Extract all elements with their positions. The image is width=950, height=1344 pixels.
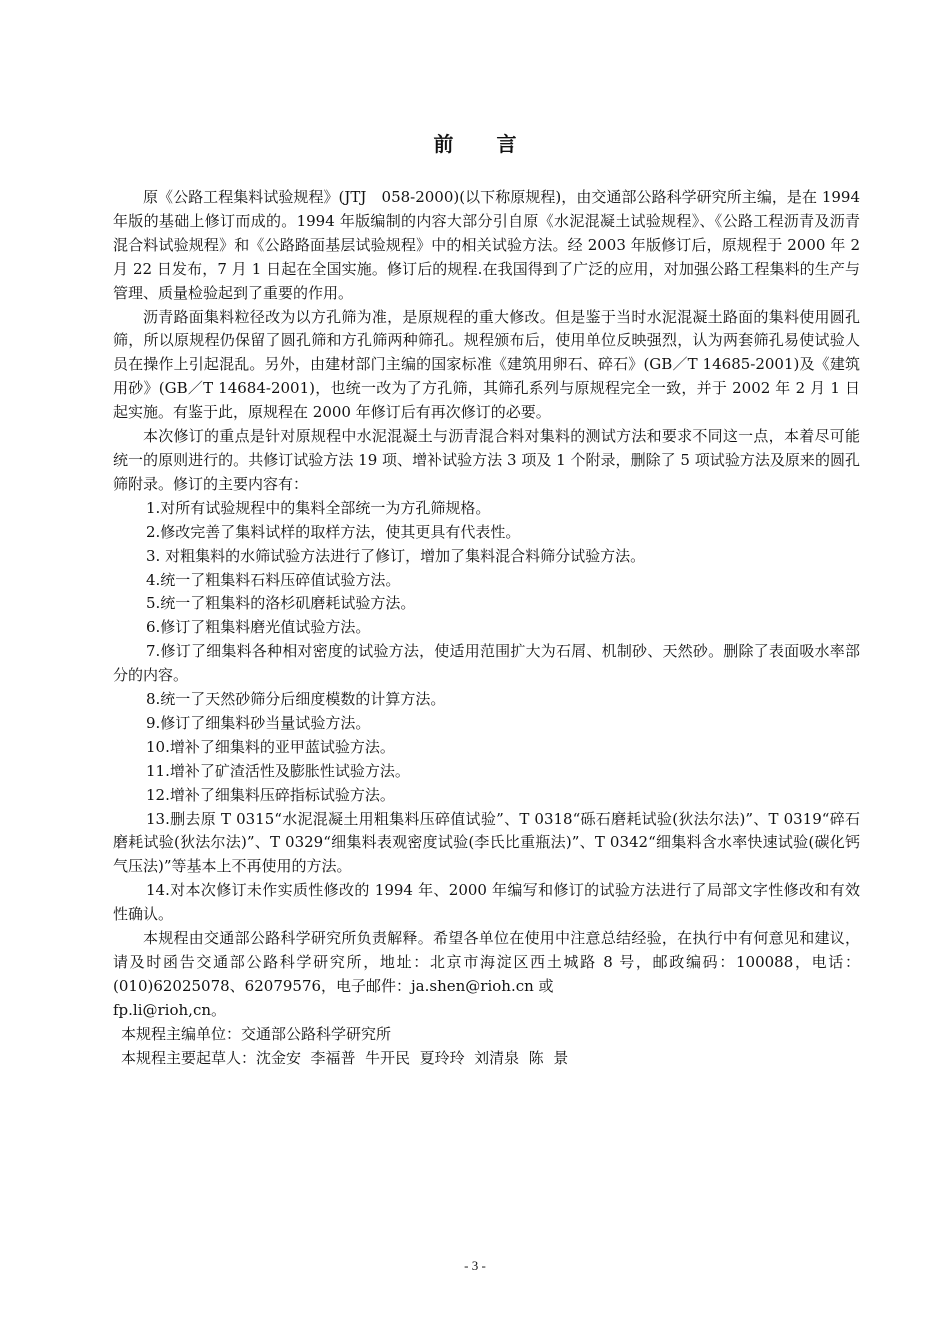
- list-item: 1.对所有试验规程中的集料全部统一为方孔筛规格。: [113, 497, 860, 521]
- page-number: - 3 -: [0, 1258, 950, 1274]
- list-item: 12.增补了细集料压碎指标试验方法。: [113, 784, 860, 808]
- list-item: 7.修订了细集料各种相对密度的试验方法，使适用范围扩大为石屑、机制砂、天然砂。删…: [113, 640, 860, 688]
- list-item: 3. 对粗集料的水筛试验方法进行了修订，增加了集料混合料筛分试验方法。: [113, 545, 860, 569]
- list-item: 8.统一了天然砂筛分后细度模数的计算方法。: [113, 688, 860, 712]
- contact-email-secondary: fp.li@rioh,cn。: [113, 999, 860, 1023]
- list-item: 5.统一了粗集料的洛杉矶磨耗试验方法。: [113, 592, 860, 616]
- editor-unit: 本规程主编单位：交通部公路科学研究所: [113, 1023, 860, 1047]
- list-item: 6.修订了粗集料磨光值试验方法。: [113, 616, 860, 640]
- list-item: 9.修订了细集料砂当量试验方法。: [113, 712, 860, 736]
- list-item: 11.增补了矿渣活性及膨胀性试验方法。: [113, 760, 860, 784]
- list-item: 2.修改完善了集料试样的取样方法，使其更具有代表性。: [113, 521, 860, 545]
- list-item: 14.对本次修订未作实质性修改的 1994 年、2000 年编写和修订的试验方法…: [113, 879, 860, 927]
- page-title: 前 言: [0, 128, 950, 157]
- document-page: 前 言 原《公路工程集料试验规程》(JTJ 058-2000)(以下称原规程)，…: [0, 0, 950, 1344]
- paragraph-revision-focus: 本次修订的重点是针对原规程中水泥混凝土与沥青混合料对集料的测试方法和要求不同这一…: [113, 425, 860, 497]
- paragraph-closing: 本规程由交通部公路科学研究所负责解释。希望各单位在使用中注意总结经验，在执行中有…: [113, 927, 860, 999]
- document-body: 原《公路工程集料试验规程》(JTJ 058-2000)(以下称原规程)，由交通部…: [113, 186, 860, 1071]
- drafters: 本规程主要起草人：沈金安 李福普 牛开民 夏玲玲 刘清泉 陈 景: [113, 1047, 860, 1071]
- list-item: 4.统一了粗集料石料压碎值试验方法。: [113, 569, 860, 593]
- list-item: 10.增补了细集料的亚甲蓝试验方法。: [113, 736, 860, 760]
- paragraph-sieve: 沥青路面集料粒径改为以方孔筛为准，是原规程的重大修改。但是鉴于当时水泥混凝土路面…: [113, 306, 860, 426]
- paragraph-intro: 原《公路工程集料试验规程》(JTJ 058-2000)(以下称原规程)，由交通部…: [113, 186, 860, 306]
- list-item: 13.删去原 T 0315“水泥混凝土用粗集料压碎值试验”、T 0318“砾石磨…: [113, 808, 860, 880]
